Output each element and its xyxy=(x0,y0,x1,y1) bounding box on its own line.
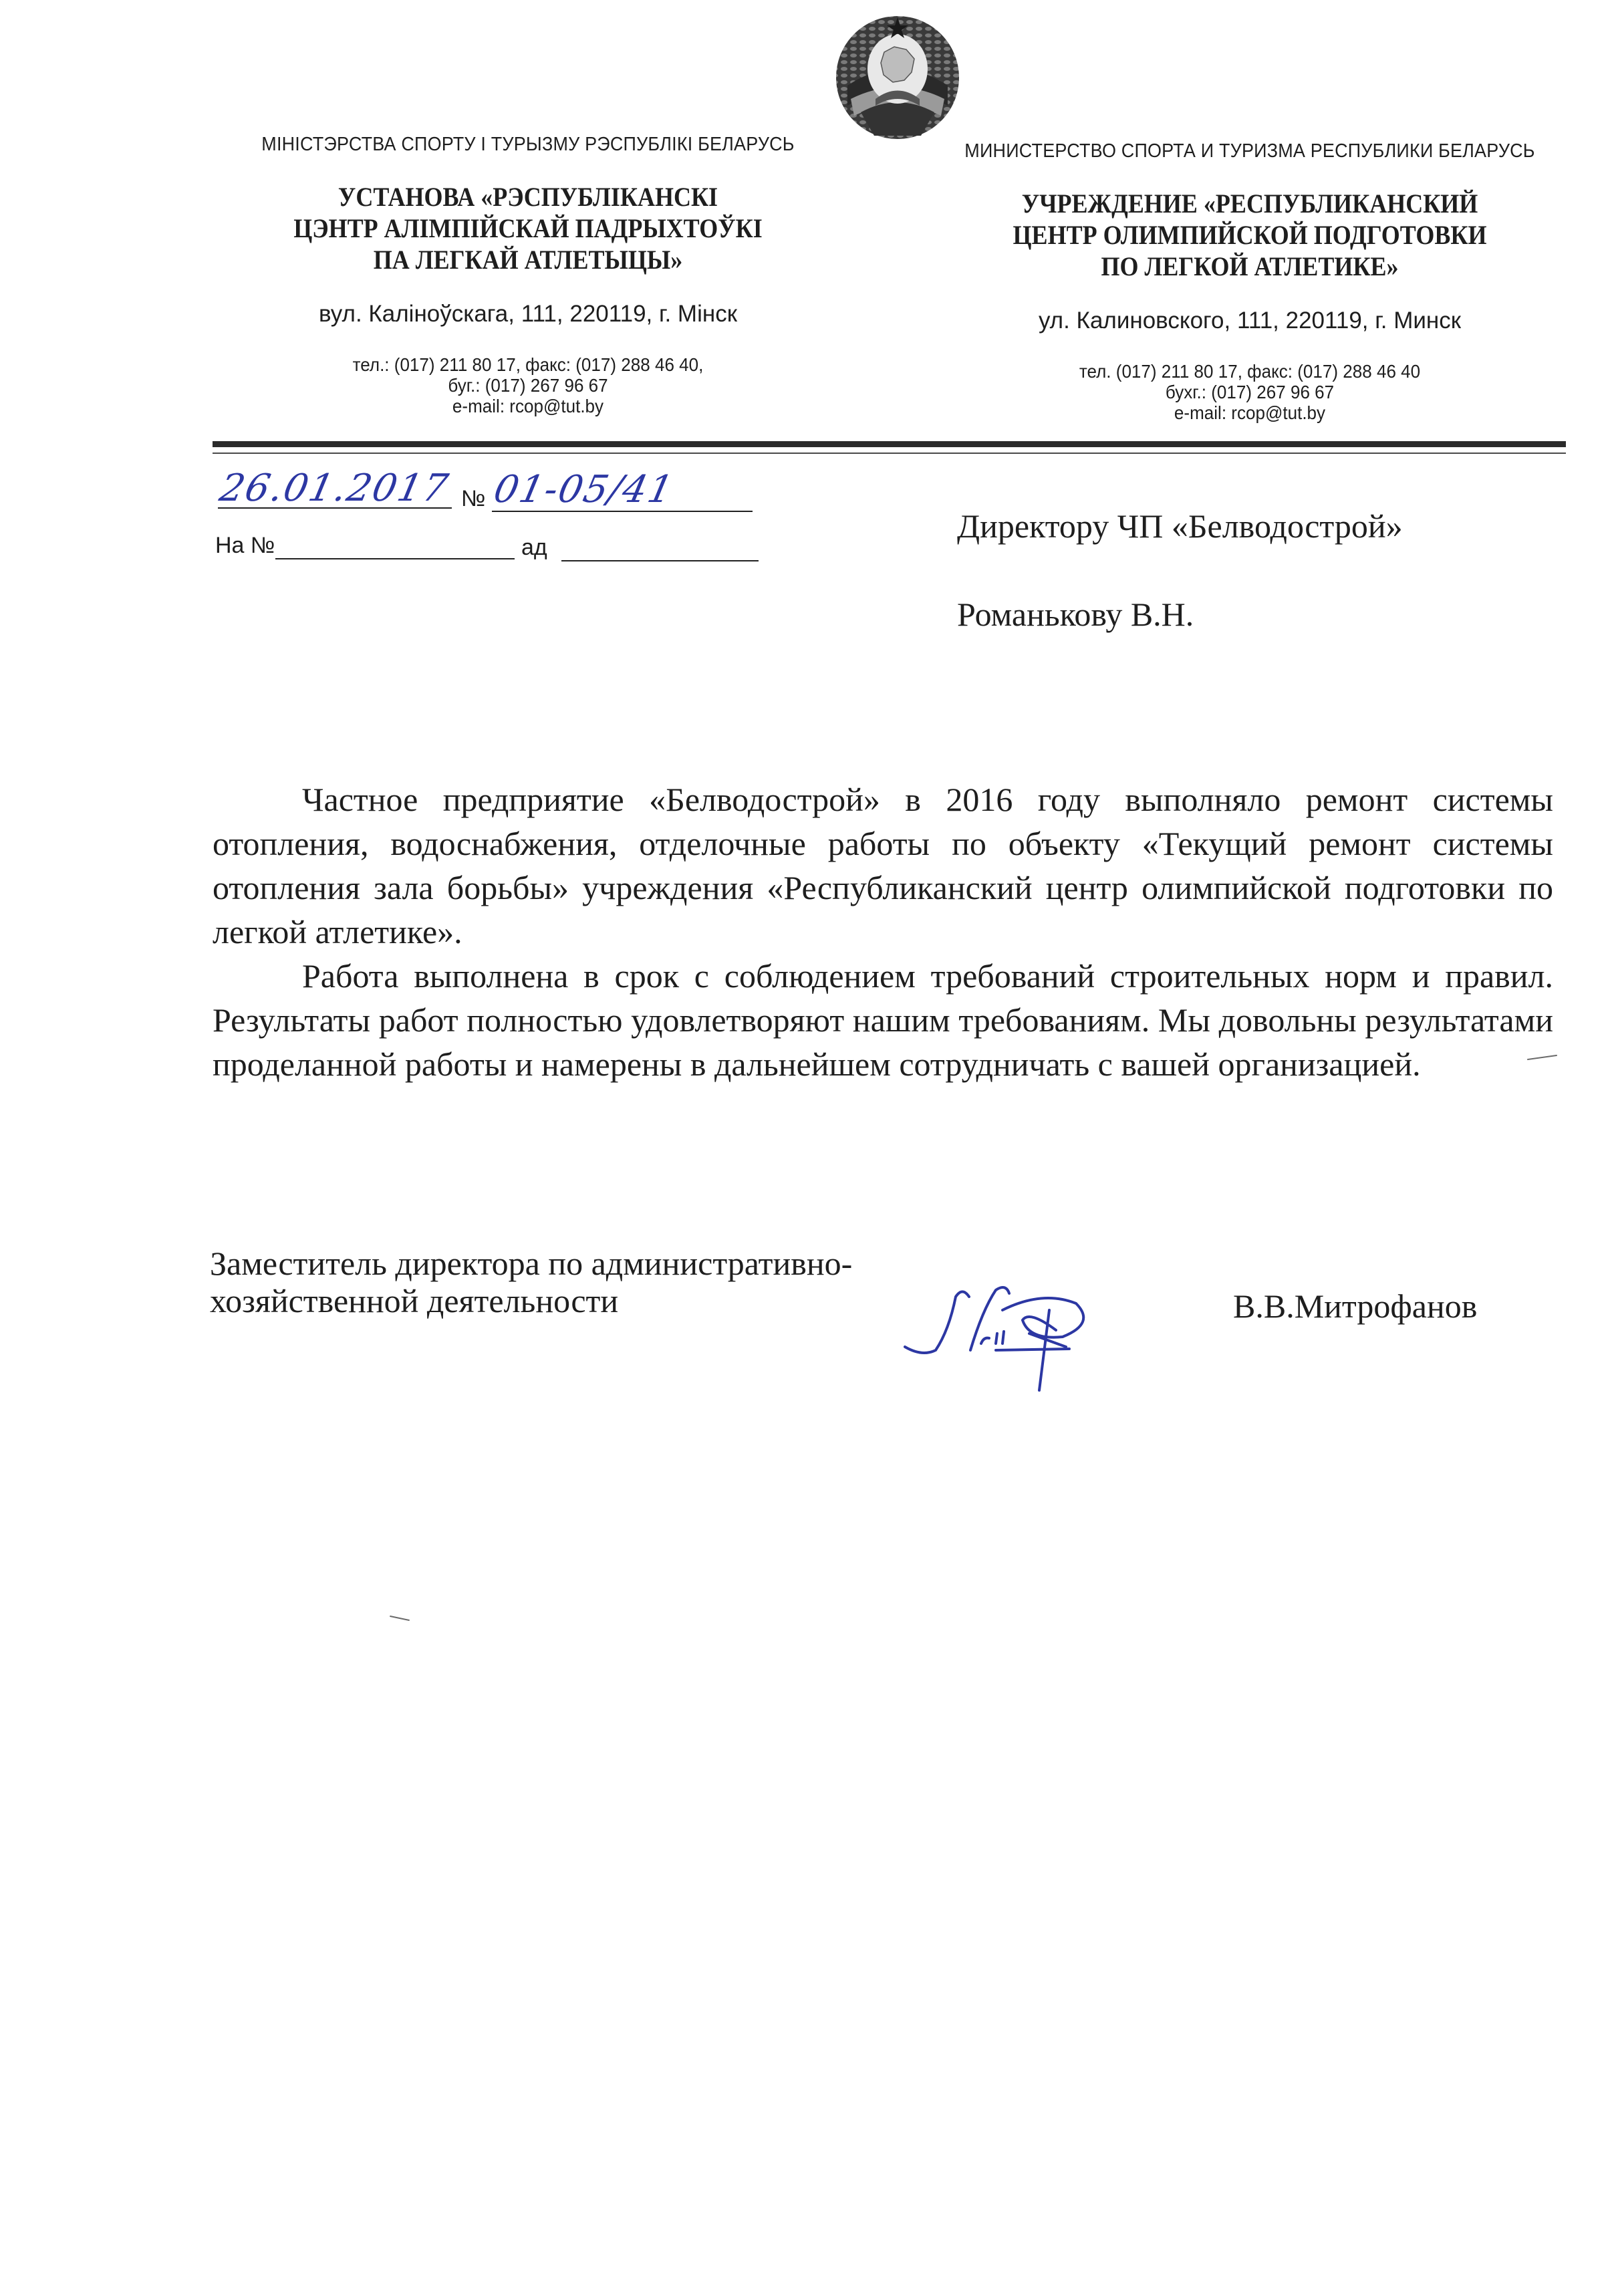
number-underline xyxy=(492,511,753,512)
email-be: e-mail: rcop@tut.by xyxy=(223,396,832,416)
dated-underline xyxy=(561,560,759,561)
state-emblem-icon xyxy=(821,5,974,139)
dated-label: ад xyxy=(521,535,547,561)
letterhead-russian: МИНИСТЕРСТВО СПОРТА И ТУРИЗМА РЕСПУБЛИКИ… xyxy=(922,140,1577,423)
in-reply-to-underline xyxy=(275,558,515,559)
body-paragraph: Частное предприятие «Белводострой» в 201… xyxy=(213,777,1553,954)
in-reply-to-label: На № xyxy=(215,533,275,559)
ministry-name-be: МІНІСТЭРСТВА СПОРТУ І ТУРЫЗМУ РЭСПУБЛІКІ… xyxy=(223,134,832,156)
number-label: № xyxy=(461,486,485,512)
address-be: вул. Каліноўскага, 111, 220119, г. Мінск xyxy=(200,301,855,328)
contacts-be: тел.: (017) 211 80 17, факс: (017) 288 4… xyxy=(223,354,832,416)
letterhead-belarusian: МІНІСТЭРСТВА СПОРТУ І ТУРЫЗМУ РЭСПУБЛІКІ… xyxy=(200,134,855,416)
date-underline xyxy=(218,507,452,509)
handwritten-date: 26.01.2017 xyxy=(216,467,452,510)
organization-name-be: УСТАНОВА «РЭСПУБЛІКАНСКІ ЦЭНТР АЛІМПІЙСК… xyxy=(233,181,823,275)
email-ru: e-mail: rcop@tut.by xyxy=(945,402,1554,423)
handwritten-number: 01-05/41 xyxy=(490,468,678,511)
addressee-block: Директору ЧП «Белводострой» Романькову В… xyxy=(957,509,1403,631)
addressee-position: Директору ЧП «Белводострой» xyxy=(957,509,1403,543)
phones-ru: тел. (017) 211 80 17, факс: (017) 288 46… xyxy=(945,361,1554,382)
signatory-title: Заместитель директора по административно… xyxy=(210,1245,852,1319)
contacts-ru: тел. (017) 211 80 17, факс: (017) 288 46… xyxy=(945,361,1554,423)
signatory-name: В.В.Митрофанов xyxy=(1233,1287,1477,1325)
ministry-name-ru: МИНИСТЕРСТВО СПОРТА И ТУРИЗМА РЕСПУБЛИКИ… xyxy=(945,140,1554,162)
accounting-phone-ru: бухг.: (017) 267 96 67 xyxy=(945,382,1554,402)
letterhead-divider-thick xyxy=(213,441,1566,447)
handwritten-signature-icon xyxy=(896,1283,1116,1397)
organization-name-ru: УЧРЕЖДЕНИЕ «РЕСПУБЛИКАНСКИЙ ЦЕНТР ОЛИМПИ… xyxy=(955,188,1545,282)
phones-be: тел.: (017) 211 80 17, факс: (017) 288 4… xyxy=(223,354,832,375)
accounting-phone-be: буг.: (017) 267 96 67 xyxy=(223,375,832,396)
addressee-name: Романькову В.Н. xyxy=(957,598,1403,631)
body-paragraph: Работа выполнена в срок с соблюдением тр… xyxy=(213,954,1553,1086)
scan-artifact xyxy=(390,1616,410,1621)
letter-body: Частное предприятие «Белводострой» в 201… xyxy=(213,777,1553,1086)
address-ru: ул. Калиновского, 111, 220119, г. Минск xyxy=(922,307,1577,334)
letterhead-divider-thin xyxy=(213,453,1566,454)
